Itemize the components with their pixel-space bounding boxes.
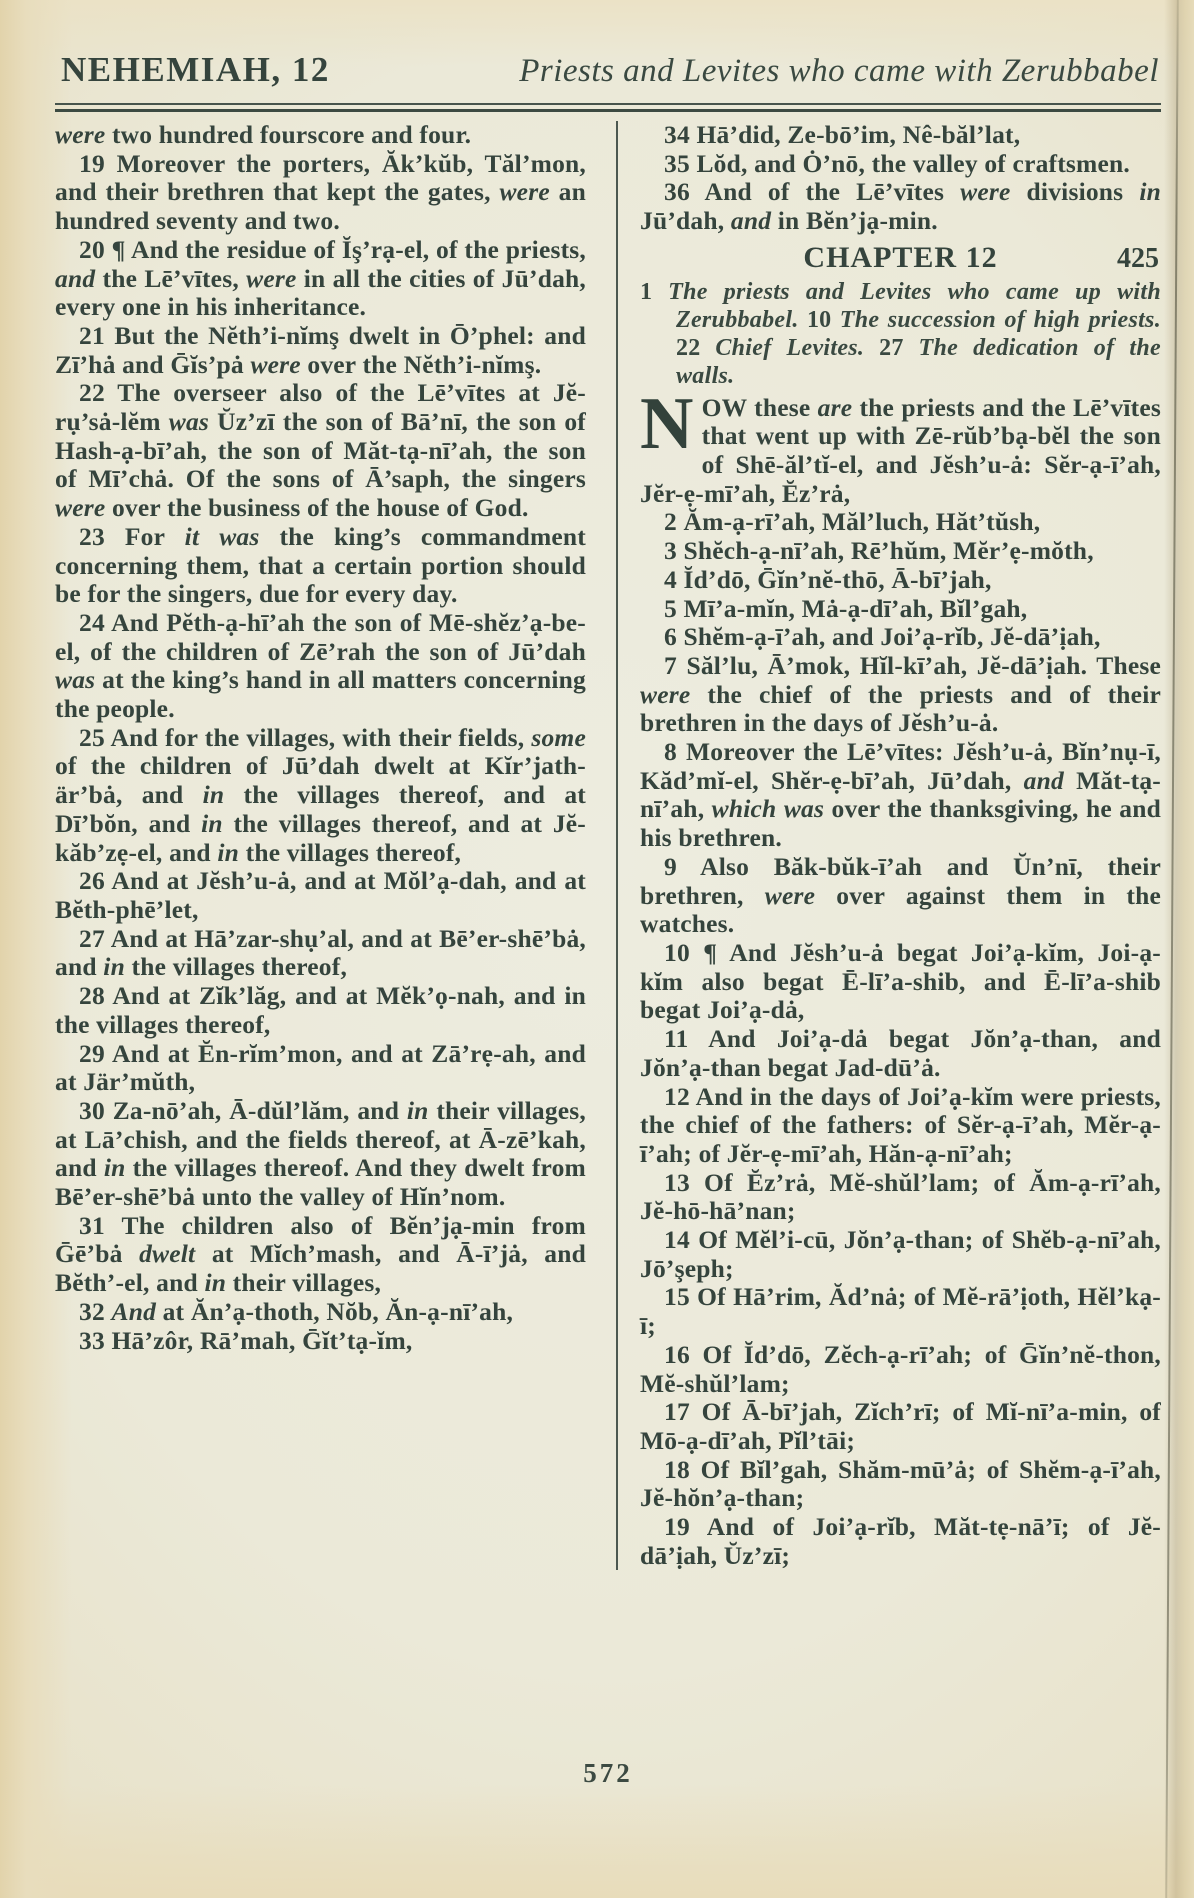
- verse-paragraph: 7 Săl’lu, Ā’mok, Hĭl-kī’ah, Jĕ-dā’ịah. T…: [640, 652, 1161, 738]
- verse-paragraph: 28 And at Zĭk’lăg, and at Mĕk’ọ-nah, and…: [55, 982, 586, 1039]
- chapter-heading: CHAPTER 12425: [640, 241, 1161, 275]
- verse-paragraph: 36 And of the Lē’vītes were divisions in…: [640, 178, 1161, 235]
- verse-paragraph: 20 ¶ And the residue of Ĭş’rạ-el, of the…: [55, 236, 586, 322]
- verse-paragraph: 32 And at Ăn’ạ-thoth, Nŏb, Ăn-ạ-nī’ah,: [55, 1298, 586, 1327]
- verse-paragraph: 17 Of Ā-bī’jah, Zĭch’rī; of Mĭ-nī’a-min,…: [640, 1398, 1161, 1455]
- verse-paragraph: 24 And Pĕth-ạ-hī’ah the son of Mē-shĕz’ạ…: [55, 609, 586, 724]
- verse-paragraph: 11 And Joi’ạ-dȧ begat Jŏn’ạ-than, and Jŏ…: [640, 1025, 1161, 1082]
- verse-paragraph: NOW these are the priests and the Lē’vīt…: [640, 394, 1161, 509]
- verse-paragraph: 27 And at Hā’zar-shụ’al, and at Bē’er-sh…: [55, 925, 586, 982]
- page-header: NEHEMIAH, 12 Priests and Levites who cam…: [55, 50, 1161, 90]
- verse-paragraph: 19 Moreover the porters, Ăk’kŭb, Tăl’mon…: [55, 150, 586, 236]
- scanned-bible-page: { "page": { "header": { "book_title": "N…: [0, 0, 1194, 1898]
- chapter-page-ref: 425: [1117, 242, 1159, 276]
- chapter-title: CHAPTER 12: [803, 241, 997, 274]
- verse-paragraph: 8 Moreover the Lē’vītes: Jĕsh’u-ȧ, Bĭn’n…: [640, 738, 1161, 853]
- verse-paragraph: 13 Of Ĕz’rȧ, Mĕ-shŭl’lam; of Ăm-ạ-rī’ah,…: [640, 1169, 1161, 1226]
- verse-paragraph: 14 Of Mĕl’i-cū, Jŏn’ạ-than; of Shĕb-ạ-nī…: [640, 1226, 1161, 1283]
- running-head: Priests and Levites who came with Zerubb…: [519, 53, 1159, 90]
- book-title: NEHEMIAH, 12: [61, 50, 330, 90]
- column-gap-left: [586, 121, 616, 1570]
- header-rule: [55, 103, 1161, 112]
- chapter-summary: 1 The priests and Levites who came up wi…: [640, 278, 1161, 391]
- verse-paragraph: 26 And at Jĕsh’u-ȧ, and at Mŏl’ạ-dah, an…: [55, 867, 586, 924]
- drop-cap: N: [640, 394, 702, 452]
- page-content: NEHEMIAH, 12 Priests and Levites who cam…: [55, 50, 1161, 1570]
- verse-paragraph: 4 Ĭd’dō, Ḡĭn’nĕ-thō, Ā-bī’jah,: [640, 566, 1161, 595]
- verse-paragraph: 19 And of Joi’ạ-rĭb, Măt-tẹ-nā’ī; of Jĕ-…: [640, 1513, 1161, 1570]
- verse-paragraph: 30 Za-nō’ah, Ā-dŭl’lăm, and in their vil…: [55, 1097, 586, 1212]
- verse-paragraph: 29 And at Ĕn-rĭm’mon, and at Zā’rẹ-ah, a…: [55, 1040, 586, 1097]
- text-columns: were two hundred fourscore and four.19 M…: [55, 121, 1161, 1570]
- verse-paragraph: 6 Shĕm-ạ-ī’ah, and Joi’ạ-rĭb, Jĕ-dā’ịah,: [640, 623, 1161, 652]
- verse-paragraph: were two hundred fourscore and four.: [55, 121, 586, 150]
- verse-paragraph: 2 Ăm-ạ-rī’ah, Măl’luch, Hăt’tŭsh,: [640, 508, 1161, 537]
- verse-paragraph: 9 Also Băk-bŭk-ī’ah and Ŭn’nī, their bre…: [640, 853, 1161, 939]
- page-number: 572: [583, 1758, 633, 1788]
- verse-paragraph: 21 But the Nĕth’i-nĭmş dwelt in Ō’phel: …: [55, 322, 586, 379]
- verse-paragraph: 16 Of Ĭd’dō, Zĕch-ạ-rī’ah; of Ḡĭn’nĕ-tho…: [640, 1341, 1161, 1398]
- verse-paragraph: 5 Mī’a-mĭn, Mȧ-ạ-dī’ah, Bĭl’gah,: [640, 595, 1161, 624]
- page-footer: 572: [55, 1758, 1161, 1789]
- verse-paragraph: 34 Hā’did, Ze-bō’im, Nê-băl’lat,: [640, 121, 1161, 150]
- verse-paragraph: 33 Hā’zôr, Rā’mah, Ḡĭt’tạ-ĭm,: [55, 1327, 586, 1356]
- verse-paragraph: 10 ¶ And Jĕsh’u-ȧ begat Joi’ạ-kĭm, Joi-ạ…: [640, 939, 1161, 1025]
- verse-paragraph: 12 And in the days of Joi’ạ-kĭm were pri…: [640, 1083, 1161, 1169]
- verse-paragraph: 22 The overseer also of the Lē’vītes at …: [55, 379, 586, 523]
- verse-paragraph: 31 The children also of Bĕn’jạ-min from …: [55, 1212, 586, 1298]
- verse-paragraph: 18 Of Bĭl’gah, Shăm-mū’ȧ; of Shĕm-ạ-ī’ah…: [640, 1456, 1161, 1513]
- verse-paragraph: 25 And for the villages, with their fiel…: [55, 724, 586, 868]
- verse-paragraph: 23 For it was the king’s commandment con…: [55, 523, 586, 609]
- verse-paragraph: 15 Of Hā’rim, Ăd’nȧ; of Mĕ-rā’ịoth, Hĕl’…: [640, 1283, 1161, 1340]
- column-right: 34 Hā’did, Ze-bō’im, Nê-băl’lat,35 Lŏd, …: [640, 121, 1161, 1570]
- verse-paragraph: 3 Shĕch-ạ-nī’ah, Rē’hŭm, Mĕr’ẹ-mŏth,: [640, 537, 1161, 566]
- verse-paragraph: 35 Lŏd, and Ȯ’nō, the valley of craftsme…: [640, 150, 1161, 179]
- column-gap-right: [618, 121, 640, 1570]
- column-left: were two hundred fourscore and four.19 M…: [55, 121, 586, 1570]
